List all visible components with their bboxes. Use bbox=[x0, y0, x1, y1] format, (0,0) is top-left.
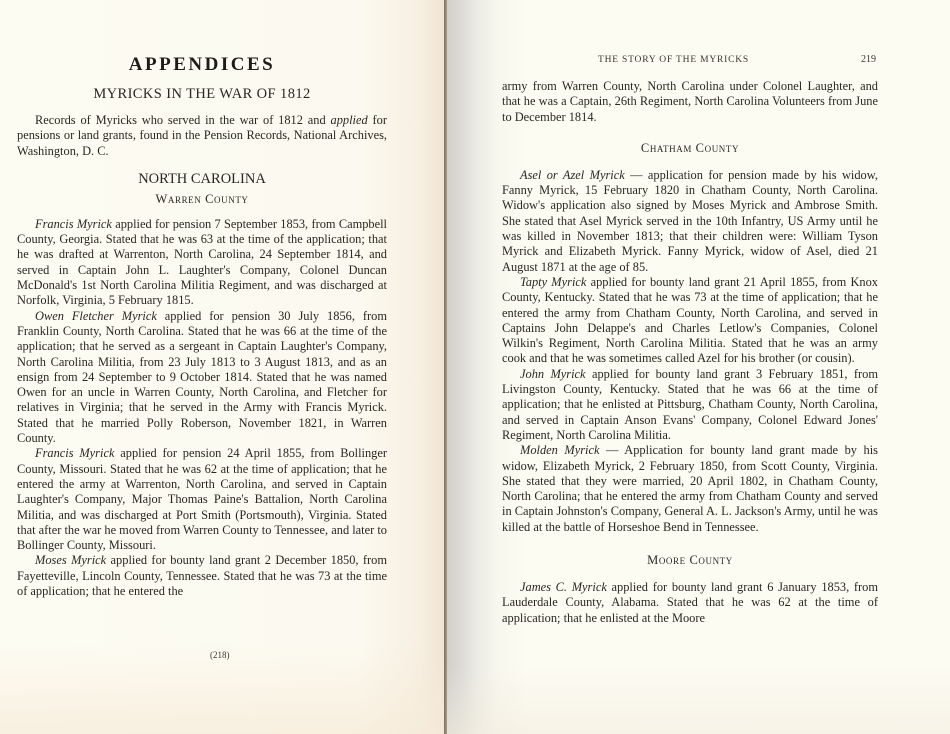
record-entry: Owen Fletcher Myrick applied for pension… bbox=[17, 309, 387, 447]
record-entry: Molden Myrick — Application for bounty l… bbox=[502, 443, 878, 535]
record-entry: Francis Myrick applied for pension 24 Ap… bbox=[17, 446, 387, 553]
record-entry: John Myrick applied for bounty land gran… bbox=[502, 367, 878, 443]
record-entry: Francis Myrick applied for pension 7 Sep… bbox=[17, 217, 387, 309]
person-name: Asel or Azel Myrick bbox=[520, 168, 625, 182]
record-entry: Moses Myrick applied for bounty land gra… bbox=[17, 553, 387, 599]
person-name: Moses Myrick bbox=[35, 553, 106, 567]
left-page-content: APPENDICES MYRICKS IN THE WAR OF 1812 Re… bbox=[17, 52, 387, 599]
section-title: MYRICKS IN THE WAR OF 1812 bbox=[17, 86, 387, 103]
record-entry: James C. Myrick applied for bounty land … bbox=[502, 580, 878, 626]
intro-text: Records of Myricks who served in the war… bbox=[35, 113, 331, 127]
book-spread: APPENDICES MYRICKS IN THE WAR OF 1812 Re… bbox=[0, 0, 950, 734]
county-heading-warren: Warren County bbox=[17, 192, 387, 207]
intro-emphasis: applied bbox=[331, 113, 368, 127]
record-text: — application for pension made by his wi… bbox=[502, 168, 878, 274]
intro-paragraph: Records of Myricks who served in the war… bbox=[17, 113, 387, 159]
page-number: 219 bbox=[861, 54, 878, 65]
county-heading-moore: Moore County bbox=[502, 553, 878, 568]
running-head-title: THE STORY OF THE MYRICKS bbox=[598, 55, 749, 65]
running-head: THE STORY OF THE MYRICKS 219 bbox=[502, 54, 878, 65]
person-name: James C. Myrick bbox=[520, 580, 607, 594]
page-title: APPENDICES bbox=[17, 54, 387, 76]
person-name: Francis Myrick bbox=[35, 446, 114, 460]
person-name: John Myrick bbox=[520, 367, 586, 381]
person-name: Owen Fletcher Myrick bbox=[35, 309, 157, 323]
person-name: Molden Myrick bbox=[520, 443, 599, 457]
state-heading: NORTH CAROLINA bbox=[17, 171, 387, 188]
record-entry: Tapty Myrick applied for bounty land gra… bbox=[502, 275, 878, 367]
person-name: Francis Myrick bbox=[35, 217, 112, 231]
record-text: applied for pension 24 April 1855, from … bbox=[17, 446, 387, 552]
record-text: applied for pension 30 July 1856, from F… bbox=[17, 309, 387, 445]
right-page-content: THE STORY OF THE MYRICKS 219 army from W… bbox=[502, 52, 878, 626]
county-heading-chatham: Chatham County bbox=[502, 141, 878, 156]
page-folio: (218) bbox=[210, 650, 230, 660]
continuation-paragraph: army from Warren County, North Carolina … bbox=[502, 79, 878, 125]
person-name: Tapty Myrick bbox=[520, 275, 586, 289]
record-entry: Asel or Azel Myrick — application for pe… bbox=[502, 168, 878, 275]
